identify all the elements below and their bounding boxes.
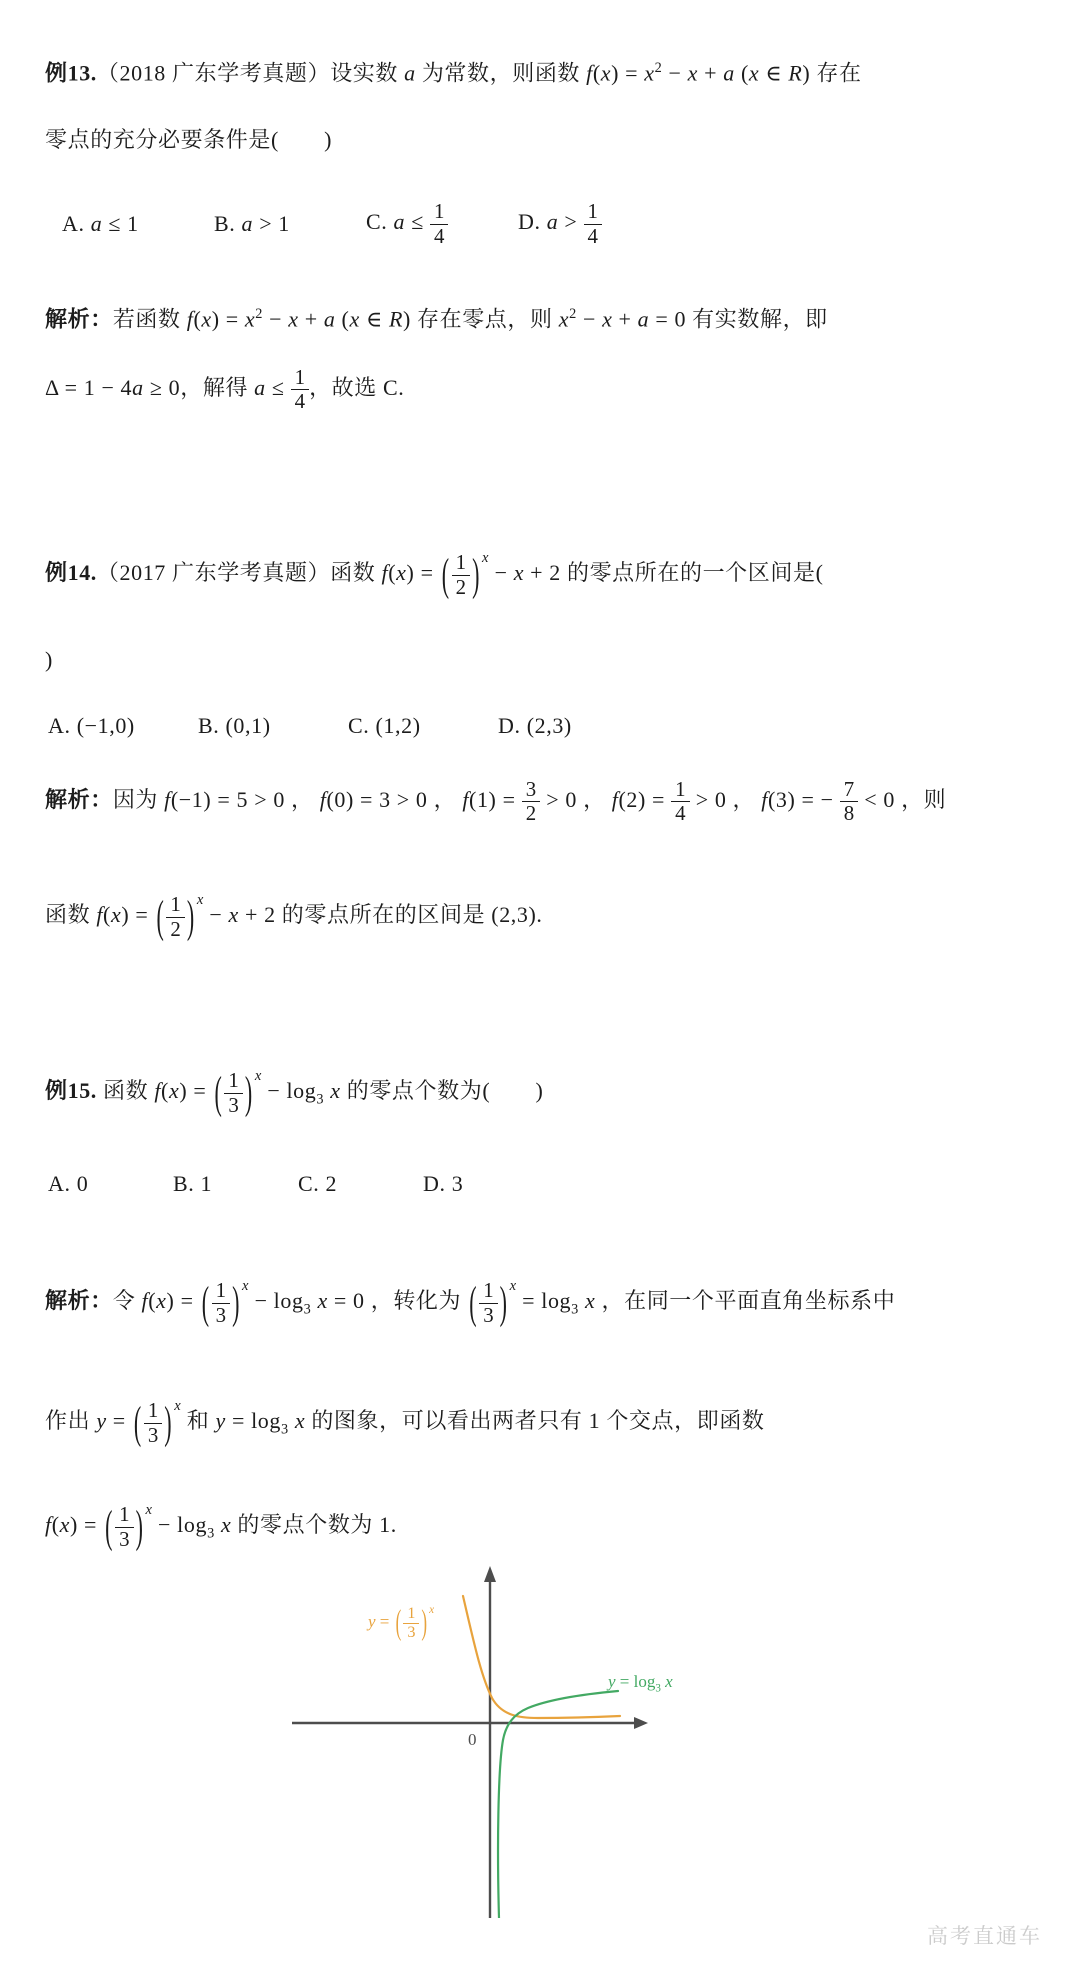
- q13-option-b: B. a > 1: [214, 211, 366, 237]
- q15-options-row: A. 0 B. 1 C. 2 D. 3: [48, 1166, 463, 1202]
- q13-option-c: C. a ≤ 14: [366, 200, 518, 248]
- q15-solution-line1: 解析：令 f(x) = (13)x − log3 x = 0 ，转化为 (13)…: [45, 1268, 895, 1328]
- q13-solution-line2: Δ = 1 − 4a ≥ 0，解得 a ≤ 14，故选 C.: [45, 366, 404, 414]
- exp-curve: [463, 1596, 620, 1718]
- q15-solution-line3: f(x) = (13)x − log3 x 的零点个数为 1.: [45, 1492, 397, 1552]
- watermark: 高考直通车: [927, 1920, 1042, 1950]
- q14-solution-line2: 函数 f(x) = (12)x − x + 2 的零点所在的区间是 (2,3).: [45, 882, 543, 941]
- q13-stem-line1: 例13.（2018 广东学考真题）设实数 a 为常数，则函数 f(x) = x2…: [45, 50, 862, 91]
- origin-label: 0: [468, 1730, 477, 1750]
- log-curve-label: y = log3 x: [608, 1672, 673, 1698]
- q13-options-row: A. a ≤ 1 B. a > 1 C. a ≤ 14 D. a > 14: [62, 192, 602, 256]
- graph-canvas: [280, 1548, 700, 1918]
- q14-option-b: B. (0,1): [198, 713, 348, 739]
- function-graph: y = (13)x y = log3 x 0: [280, 1548, 700, 1918]
- q14-option-c: C. (1,2): [348, 713, 498, 739]
- exp-curve-label: y = (13)x: [368, 1600, 434, 1642]
- q14-stem-line2: ): [45, 642, 53, 678]
- log-curve: [498, 1691, 618, 1918]
- q15-stem-line1: 例15. 函数 f(x) = (13)x − log3 x 的零点个数为( ): [45, 1058, 543, 1118]
- q15-option-d: D. 3: [423, 1171, 463, 1197]
- q15-solution-line2: 作出 y = (13)x 和 y = log3 x 的图象，可以看出两者只有 1…: [45, 1388, 765, 1448]
- q13-option-d: D. a > 14: [518, 200, 602, 248]
- q14-options-row: A. (−1,0) B. (0,1) C. (1,2) D. (2,3): [48, 708, 572, 744]
- q15-option-c: C. 2: [298, 1171, 423, 1197]
- q14-option-a: A. (−1,0): [48, 713, 198, 739]
- q14-stem-line1: 例14.（2017 广东学考真题）函数 f(x) = (12)x − x + 2…: [45, 540, 824, 599]
- q14-option-d: D. (2,3): [498, 713, 572, 739]
- y-axis-arrow: [484, 1566, 496, 1582]
- q13-option-a: A. a ≤ 1: [62, 211, 214, 237]
- q15-option-a: A. 0: [48, 1171, 173, 1197]
- q13-solution-line1: 解析：若函数 f(x) = x2 − x + a (x ∈ R) 存在零点，则 …: [45, 296, 828, 337]
- q14-solution-line1: 解析：因为 f(−1) = 5 > 0 ， f(0) = 3 > 0 ， f(1…: [45, 778, 946, 826]
- math-worksheet-page: 例13.（2018 广东学考真题）设实数 a 为常数，则函数 f(x) = x2…: [0, 0, 1080, 1974]
- q13-stem-line2: 零点的充分必要条件是( ): [45, 122, 332, 158]
- x-axis-arrow: [634, 1717, 648, 1729]
- q15-option-b: B. 1: [173, 1171, 298, 1197]
